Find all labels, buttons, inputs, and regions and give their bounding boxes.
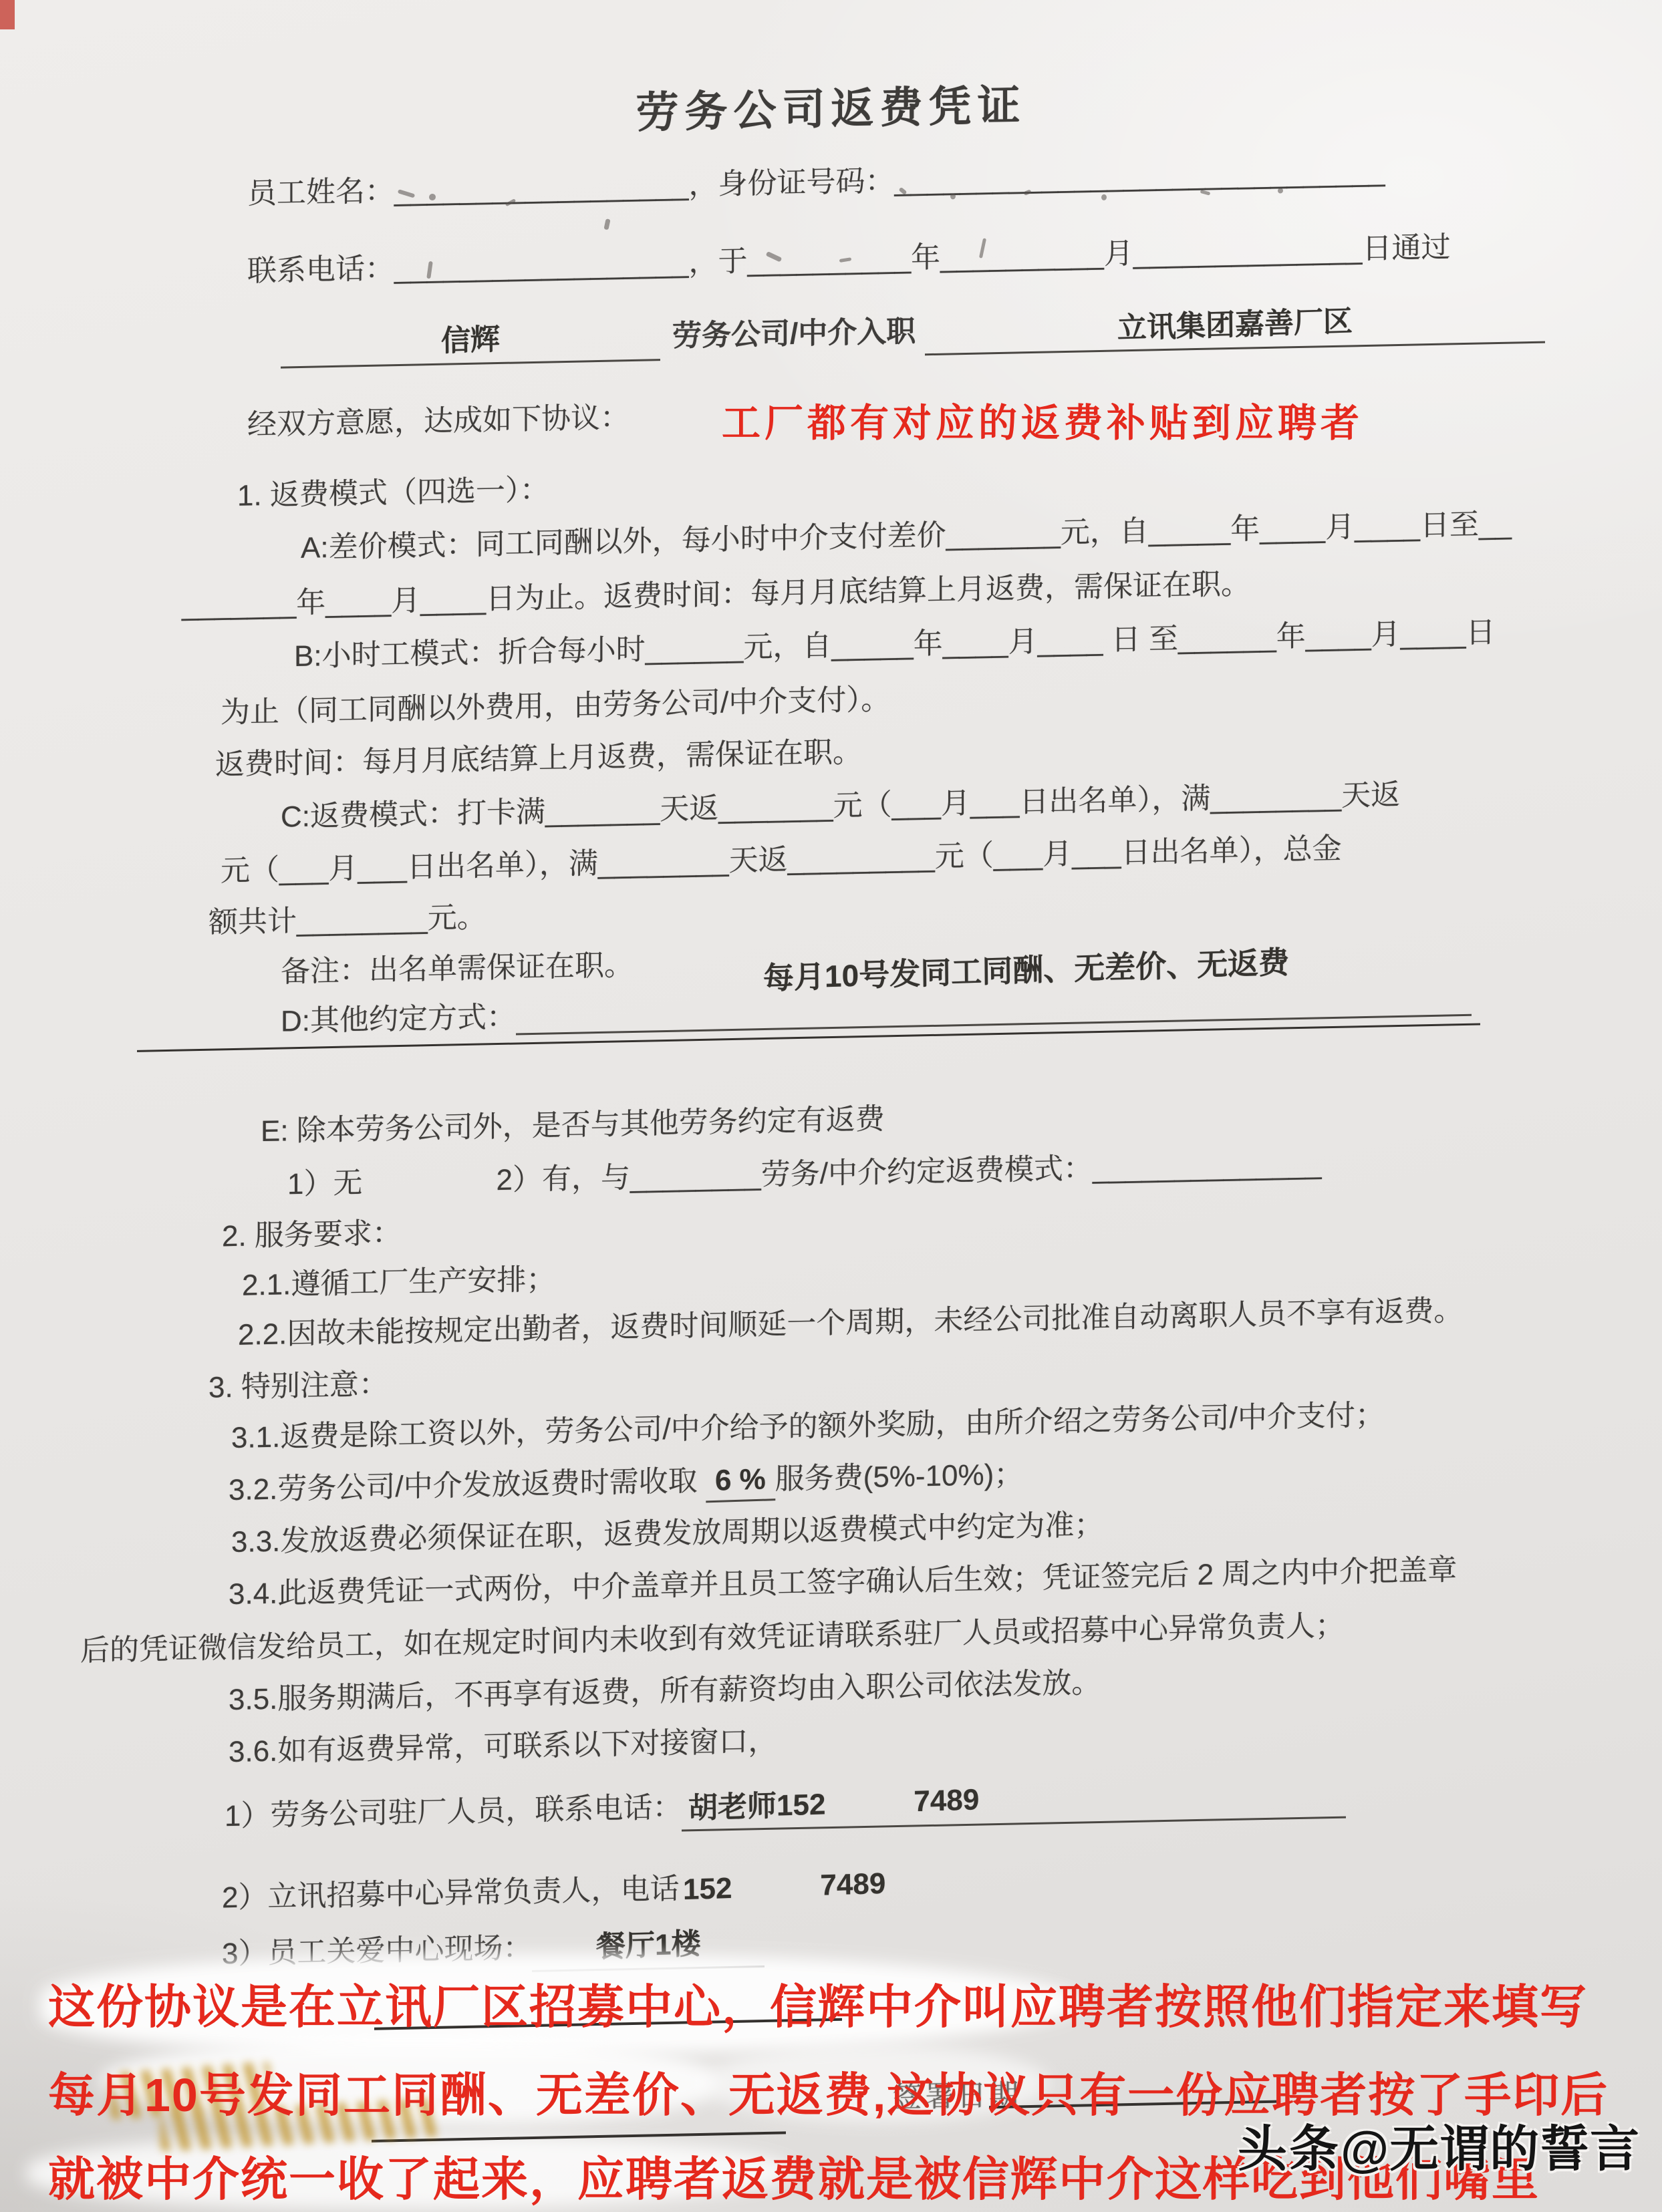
watermark: 头条@无谓的誓言: [1238, 2110, 1640, 2181]
scanned-rebate-voucher-page: 劳务公司返费凭证 员工姓名：__________________，身份证号码：_…: [0, 0, 1662, 2212]
red-annotation-line-1: 这份协议是在立讯厂区招募中心，信辉中介叫应聘者按照他们指定来填写: [48, 1969, 1588, 2037]
watermark-handle: @无谓的誓言: [1341, 2121, 1640, 2177]
signature-fragments-layer: 签署日期: [0, 0, 1662, 2212]
red-annotation-inline: 工厂都有对应的返费补贴到应聘者: [722, 391, 1363, 448]
watermark-brand: 头条: [1238, 2121, 1341, 2177]
